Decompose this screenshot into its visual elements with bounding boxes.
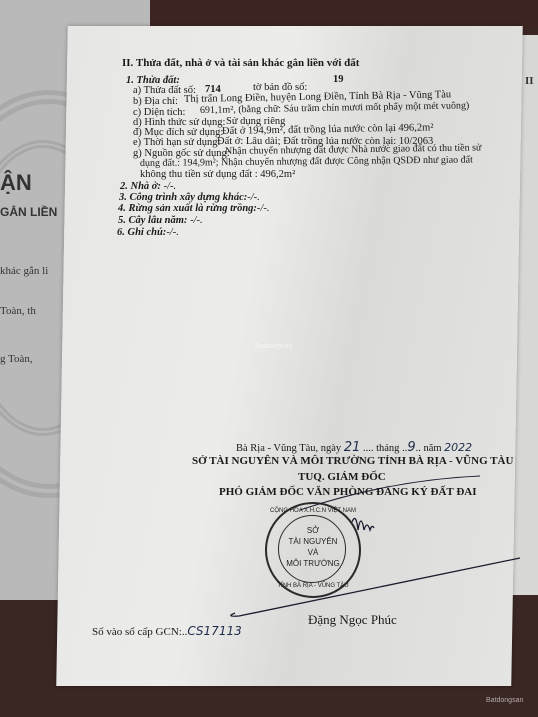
registry-label: Số vào sổ cấp GCN:	[92, 626, 182, 638]
registry-line: Số vào sổ cấp GCN:..CS17113	[92, 624, 242, 638]
handwritten-signature	[0, 0, 538, 717]
watermark-logo: Batdongsan	[486, 697, 523, 704]
certificate-content: II. Thửa đất, nhà ở và tài sản khác gắn …	[0, 0, 538, 717]
signer-name: Đặng Ngọc Phúc	[308, 612, 397, 628]
watermark-logo: Batdongsan	[255, 343, 292, 350]
registry-number: CS17113	[187, 624, 241, 638]
